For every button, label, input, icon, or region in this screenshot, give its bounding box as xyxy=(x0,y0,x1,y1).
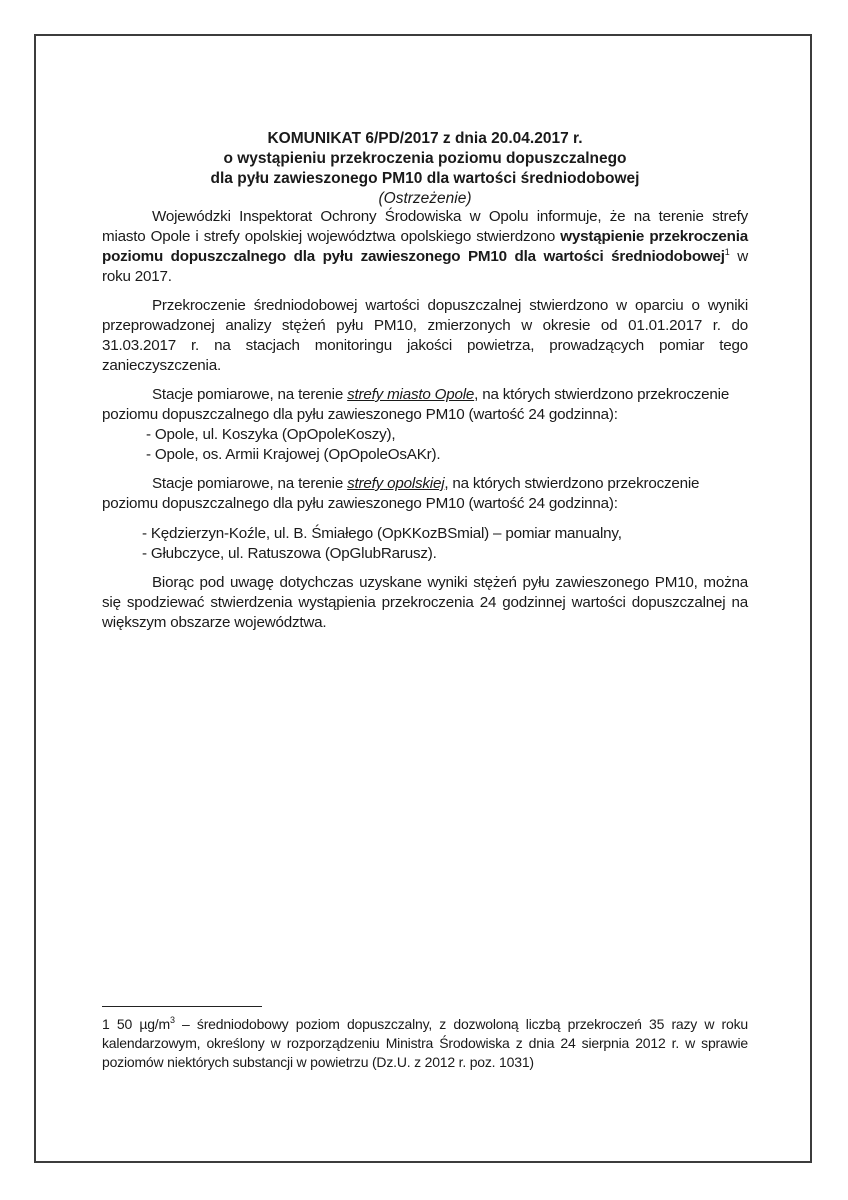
paragraph-intro: Wojewódzki Inspektorat Ochrony Środowisk… xyxy=(102,207,748,287)
document-body: Wojewódzki Inspektorat Ochrony Środowisk… xyxy=(102,207,748,642)
footnote-separator xyxy=(102,1006,262,1007)
list-item: - Głubczyce, ul. Ratuszowa (OpGlubRarusz… xyxy=(142,544,748,564)
document-title-line3: dla pyłu zawieszonego PM10 dla wartości … xyxy=(102,169,748,189)
zone-name: strefy opolskiej xyxy=(347,475,444,492)
footnote-marker: 1 xyxy=(102,1016,110,1032)
paragraph-opolska-zone: Stacje pomiarowe, na terenie strefy opol… xyxy=(102,474,748,514)
footnote: 1 50 µg/m3 – średniodobowy poziom dopusz… xyxy=(102,1015,748,1072)
zone-name: strefy miasto Opole xyxy=(347,386,474,403)
paragraph-city-zone: Stacje pomiarowe, na terenie strefy mias… xyxy=(102,385,748,425)
document-title: KOMUNIKAT 6/PD/2017 z dnia 20.04.2017 r. xyxy=(102,129,748,149)
document-subtitle: (Ostrzeżenie) xyxy=(102,189,748,209)
paragraph-analysis: Przekroczenie średniodobowej wartości do… xyxy=(102,296,748,376)
station-list-city: - Opole, ul. Koszyka (OpOpoleKoszy), - O… xyxy=(146,425,748,465)
paragraph-text: Stacje pomiarowe, na terenie xyxy=(152,386,347,403)
list-item: - Opole, os. Armii Krajowej (OpOpoleOsAK… xyxy=(146,445,748,465)
footnote-text: – średniodobowy poziom dopuszczalny, z d… xyxy=(102,1016,748,1070)
footnote-value: 50 µg/m xyxy=(117,1016,170,1032)
paragraph-forecast: Biorąc pod uwagę dotychczas uzyskane wyn… xyxy=(102,573,748,633)
list-item: - Kędzierzyn-Koźle, ul. B. Śmiałego (OpK… xyxy=(142,524,748,544)
document-header: KOMUNIKAT 6/PD/2017 z dnia 20.04.2017 r.… xyxy=(102,129,748,209)
list-item: - Opole, ul. Koszyka (OpOpoleKoszy), xyxy=(146,425,748,445)
document-title-line2: o wystąpieniu przekroczenia poziomu dopu… xyxy=(102,149,748,169)
paragraph-text: Stacje pomiarowe, na terenie xyxy=(152,475,347,492)
station-list-opolska: - Kędzierzyn-Koźle, ul. B. Śmiałego (OpK… xyxy=(142,524,748,564)
